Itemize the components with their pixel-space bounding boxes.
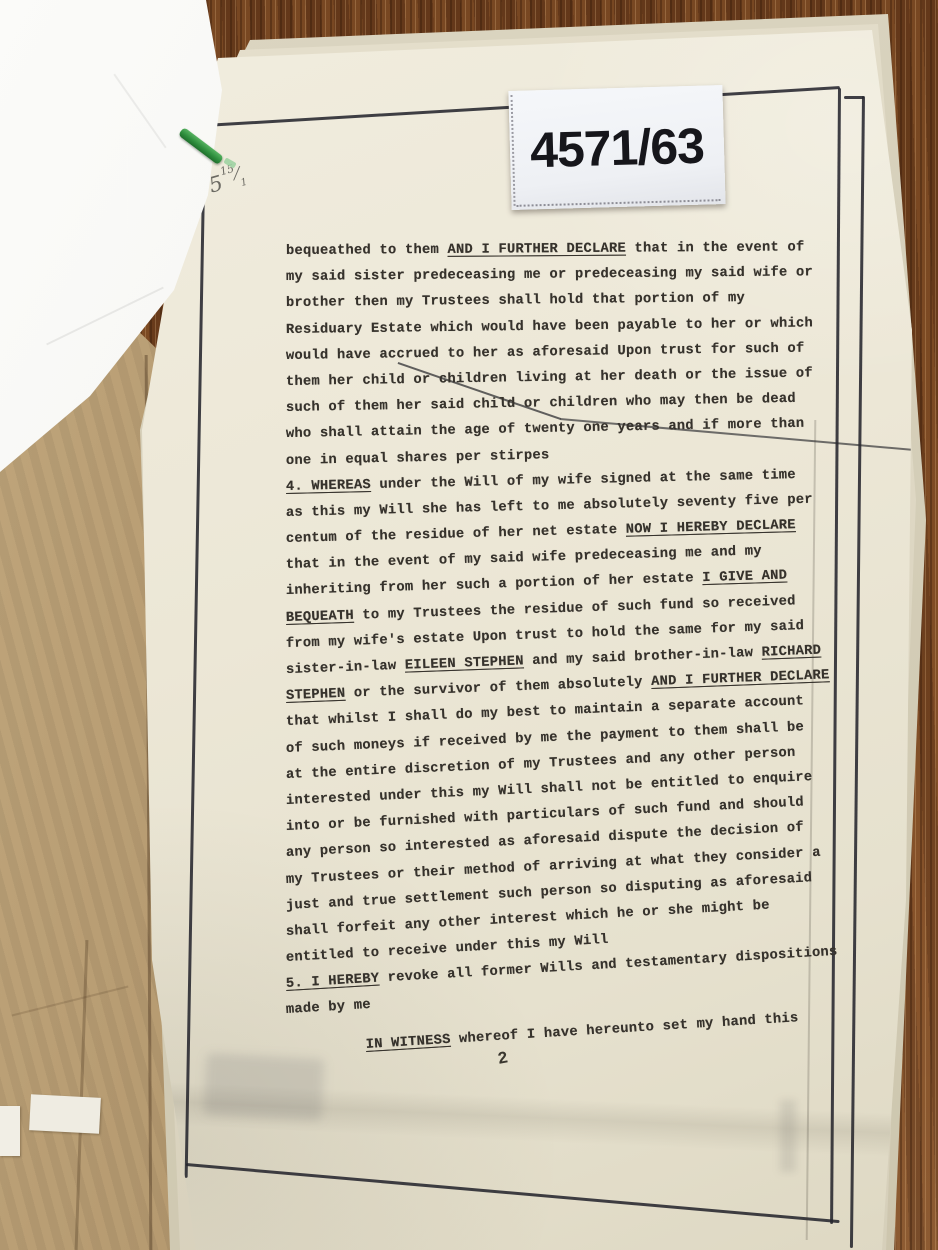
text-segment: one in equal shares per stirpes bbox=[286, 448, 550, 469]
underlined-phrase: I GIVE AND bbox=[702, 569, 787, 587]
folder-crease bbox=[12, 986, 129, 1017]
text-segment: that in the event of bbox=[626, 240, 805, 256]
text-segment: Residuary Estate which would have been p… bbox=[286, 316, 813, 338]
text-segment: made by me bbox=[286, 998, 372, 1018]
text-segment: bequeathed to them bbox=[286, 243, 448, 259]
underlined-phrase: NOW I HEREBY DECLARE bbox=[626, 518, 796, 538]
archive-photo: bequeathed to them AND I FURTHER DECLARE… bbox=[0, 0, 938, 1250]
text-segment: my said sister predeceasing me or predec… bbox=[286, 265, 813, 285]
typed-text: bequeathed to them AND I FURTHER DECLARE… bbox=[286, 239, 906, 1099]
paper-scrap bbox=[0, 1106, 20, 1156]
text-segment: would have accrued to her as aforesaid U… bbox=[286, 341, 805, 363]
underlined-phrase: 5. I HEREBY bbox=[286, 972, 380, 992]
text-segment: whereof I have hereunto set my hand this bbox=[450, 1011, 799, 1048]
underlying-page-border-corner bbox=[844, 96, 864, 99]
folder-crease bbox=[75, 940, 89, 1250]
underlined-phrase: 4. WHEREAS bbox=[286, 478, 371, 495]
underlined-phrase: EILEEN STEPHEN bbox=[405, 654, 524, 673]
archive-label: 4571/63 bbox=[508, 85, 725, 210]
archive-label-number: 4571/63 bbox=[529, 116, 704, 179]
show-through-mark bbox=[780, 1100, 796, 1172]
text-segment: them her child or children living at her… bbox=[286, 366, 813, 390]
underlined-phrase: AND I FURTHER DECLARE bbox=[651, 668, 830, 690]
text-segment: centum of the residue of her net estate bbox=[286, 523, 626, 547]
text-segment: and my said brother-in-law bbox=[524, 646, 762, 670]
paper-scrap bbox=[29, 1094, 101, 1134]
sheet-crease bbox=[113, 74, 166, 149]
text-segment: sister-in-law bbox=[286, 659, 405, 678]
text-segment: brother then my Trustees shall hold that… bbox=[286, 291, 745, 311]
underlined-phrase: RICHARD bbox=[761, 644, 821, 661]
underlined-phrase: AND I FURTHER DECLARE bbox=[447, 242, 626, 258]
underlined-phrase: STEPHEN bbox=[286, 687, 346, 704]
underlined-phrase: BEQUEATH bbox=[286, 608, 354, 625]
underlined-phrase: IN WITNESS bbox=[365, 1032, 451, 1052]
